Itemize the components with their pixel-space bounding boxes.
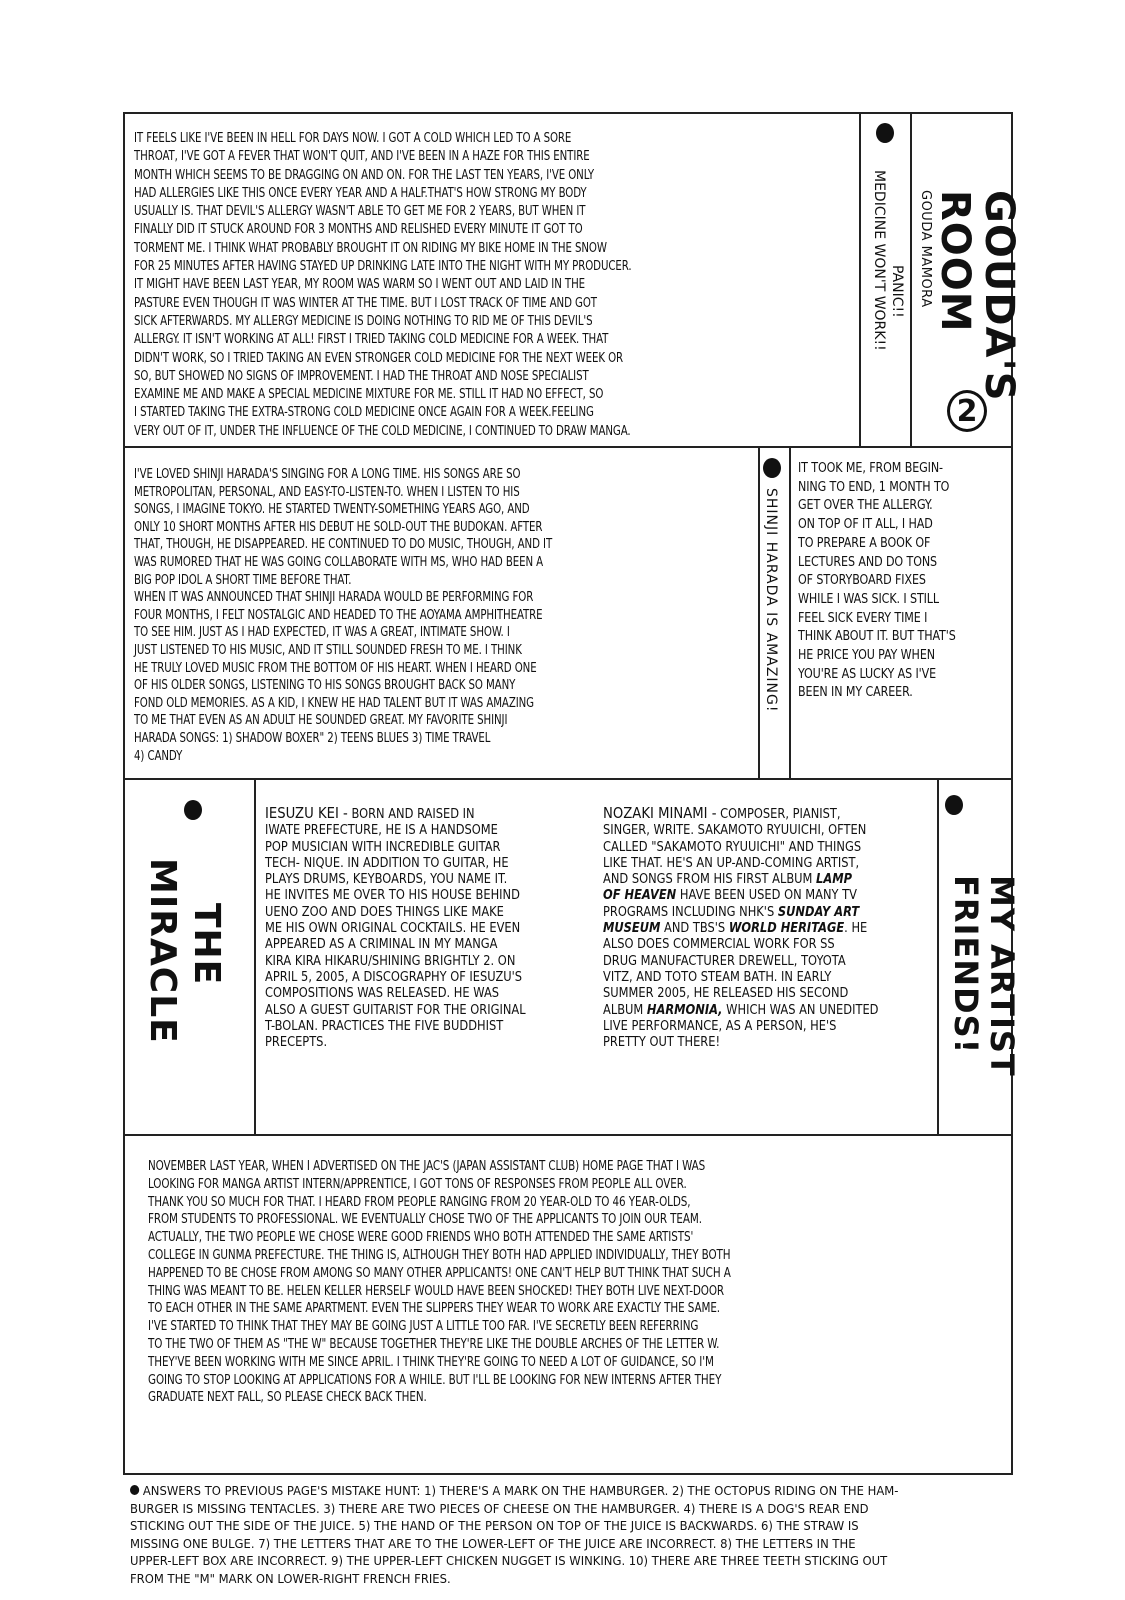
issue-number: 2 (957, 394, 978, 429)
panic-heading-line1: PANIC!! (888, 170, 906, 351)
nozaki-line: . HE (844, 921, 867, 936)
iesuzu-body: IWATE PREFECTURE, HE IS A HANDSOME POP M… (265, 823, 555, 1051)
divider-r3-a (254, 778, 256, 1135)
mistake-hunt-text: ANSWERS TO PREVIOUS PAGE'S MISTAKE HUNT:… (130, 1483, 898, 1586)
allergy-aside-body: IT TOOK ME, FROM BEGIN- NING TO END, 1 M… (798, 460, 1012, 703)
nozaki-line: CALLED "SAKAMOTO RYUUICHI" AND THINGS (603, 840, 902, 856)
column-title-line2: ROOM (933, 190, 977, 402)
show-title: WORLD HERITAGE (729, 921, 844, 936)
panic-heading: PANIC!! MEDICINE WON'T WORK!! (870, 170, 906, 351)
show-title: SUNDAY ART (778, 905, 859, 920)
artist-friends-line1: MY ARTIST (984, 875, 1020, 1077)
divider-r2-a (758, 446, 760, 779)
nozaki-line: VITZ, AND TOTO STEAM BATH. IN EARLY (603, 970, 902, 986)
divider-row3 (123, 1134, 1013, 1136)
nozaki-profile: NOZAKI MINAMI - COMPOSER, PIANIST, SINGE… (603, 805, 902, 1051)
nozaki-line: WHICH WAS AN UNEDITED (723, 1003, 879, 1018)
issue-number-badge: 2 (947, 390, 987, 432)
nozaki-line: SUMMER 2005, HE RELEASED HIS SECOND (603, 986, 902, 1002)
divider-row2 (123, 778, 1013, 780)
artist-friends-heading: MY ARTIST FRIENDS! (948, 875, 1020, 1077)
show-title: MUSEUM (603, 921, 660, 936)
nozaki-line: LIVE PERFORMANCE, AS A PERSON, HE'S (603, 1019, 902, 1035)
nozaki-line: ALBUM (603, 1003, 647, 1018)
interns-body: NOVEMBER LAST YEAR, WHEN I ADVERTISED ON… (148, 1158, 974, 1407)
iesuzu-name: IESUZU KEI - (265, 804, 348, 822)
divider-r1-a (859, 112, 861, 447)
nozaki-line: COMPOSER, PIANIST, (717, 807, 841, 822)
nozaki-line: DRUG MANUFACTURER DREWELL, TOYOTA (603, 954, 902, 970)
album-title: HARMONIA, (647, 1003, 723, 1018)
divider-r2-b (789, 446, 791, 779)
nozaki-line: PRETTY OUT THERE! (603, 1035, 902, 1051)
bullet-dot-icon (130, 1485, 139, 1495)
column-title: GOUDA'S ROOM GOUDA MAMORA (918, 190, 1021, 402)
nozaki-line: SINGER, WRITE. SAKAMOTO RYUUICHI, OFTEN (603, 823, 902, 839)
bullet-dot-icon (945, 795, 963, 815)
column-title-line1: GOUDA'S (977, 190, 1021, 402)
album-title: OF HEAVEN (603, 888, 676, 903)
harada-heading: SHINJI HARADA IS AMAZING! (763, 488, 779, 712)
nozaki-line: LIKE THAT. HE'S AN UP-AND-COMING ARTIST, (603, 856, 902, 872)
mistake-hunt-answers: ANSWERS TO PREVIOUS PAGE'S MISTAKE HUNT:… (130, 1482, 1022, 1588)
iesuzu-body-first: BORN AND RAISED IN (348, 807, 475, 822)
nozaki-line: AND SONGS FROM HIS FIRST ALBUM (603, 872, 816, 887)
artist-friends-line2: FRIENDS! (948, 875, 984, 1077)
nozaki-line: HAVE BEEN USED ON MANY TV (676, 888, 857, 903)
miracle-heading-line2: MIRACLE (140, 858, 184, 1044)
bullet-dot-icon (763, 458, 781, 478)
nozaki-line: PROGRAMS INCLUDING NHK'S (603, 905, 778, 920)
column-author: GOUDA MAMORA (918, 190, 933, 402)
panic-body: IT FEELS LIKE I'VE BEEN IN HELL FOR DAYS… (134, 130, 856, 441)
album-title: LAMP (816, 872, 852, 887)
miracle-heading-line1: THE (184, 858, 228, 1044)
divider-r3-b (937, 778, 939, 1135)
nozaki-name: NOZAKI MINAMI - (603, 804, 717, 822)
divider-r1-b (910, 112, 912, 447)
miracle-heading: THE MIRACLE (140, 858, 228, 1044)
bullet-dot-icon (184, 800, 202, 820)
iesuzu-profile: IESUZU KEI - BORN AND RAISED IN IWATE PR… (265, 805, 555, 1051)
nozaki-line: AND TBS'S (660, 921, 728, 936)
nozaki-line: ALSO DOES COMMERCIAL WORK FOR SS (603, 937, 902, 953)
divider-row1 (123, 446, 1013, 448)
panic-heading-line2: MEDICINE WON'T WORK!! (870, 170, 888, 351)
bullet-dot-icon (876, 123, 894, 143)
harada-body: I'VE LOVED SHINJI HARADA'S SINGING FOR A… (134, 466, 753, 765)
